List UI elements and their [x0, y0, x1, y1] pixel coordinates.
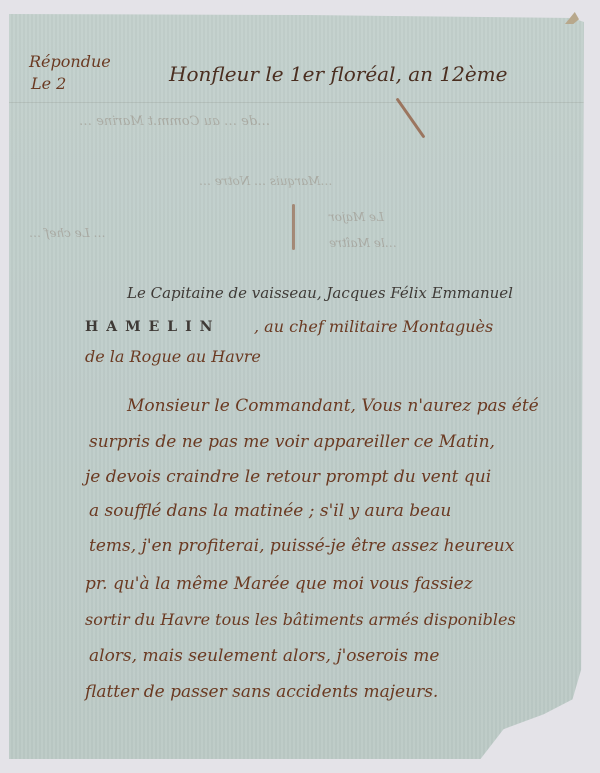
dateline: Honfleur le 1er floréal, an 12ème: [169, 62, 507, 86]
body-line: pr. qu'à la même Marée que moi vous fass…: [85, 574, 473, 594]
letterhead-addressee: , au chef militaire Montaguès: [254, 317, 493, 336]
margin-note-responded: Répondue: [29, 52, 111, 71]
bleed-through-text: …Marquis … Notre …: [199, 174, 332, 188]
paper-fold-line: [9, 102, 584, 103]
letterhead-line1: Le Capitaine de vaisseau, Jacques Félix …: [127, 284, 513, 302]
body-line: flatter de passer sans accidents majeurs…: [85, 682, 438, 702]
body-line: alors, mais seulement alors, j'oserois m…: [89, 646, 439, 666]
bleed-through-text: … Le chef …: [29, 226, 106, 240]
body-line: je devois craindre le retour prompt du v…: [85, 467, 491, 487]
bleed-through-text: Le Major: [329, 210, 384, 224]
bleed-through-text: …de … au Comm.t Marine …: [79, 114, 270, 129]
body-line: sortir du Havre tous les bâtiments armés…: [85, 610, 516, 629]
letterhead-addressee-line2: de la Rogue au Havre: [85, 347, 261, 366]
letterhead-name: HAMELIN: [85, 319, 220, 335]
body-line: a soufflé dans la matinée ; s'il y aura …: [89, 501, 451, 521]
body-line: Monsieur le Commandant, Vous n'aurez pas…: [127, 396, 539, 416]
ink-stroke: [396, 97, 426, 138]
letter-paper: Répondue Le 2 Honfleur le 1er floréal, a…: [9, 14, 584, 759]
bleed-through-text: …le Maître: [329, 236, 397, 250]
body-line: surpris de ne pas me voir appareiller ce…: [89, 432, 495, 452]
margin-note-date: Le 2: [31, 74, 66, 93]
body-line: tems, j'en profiterai, puissé-je être as…: [89, 536, 514, 556]
bleed-brace: [292, 204, 295, 250]
